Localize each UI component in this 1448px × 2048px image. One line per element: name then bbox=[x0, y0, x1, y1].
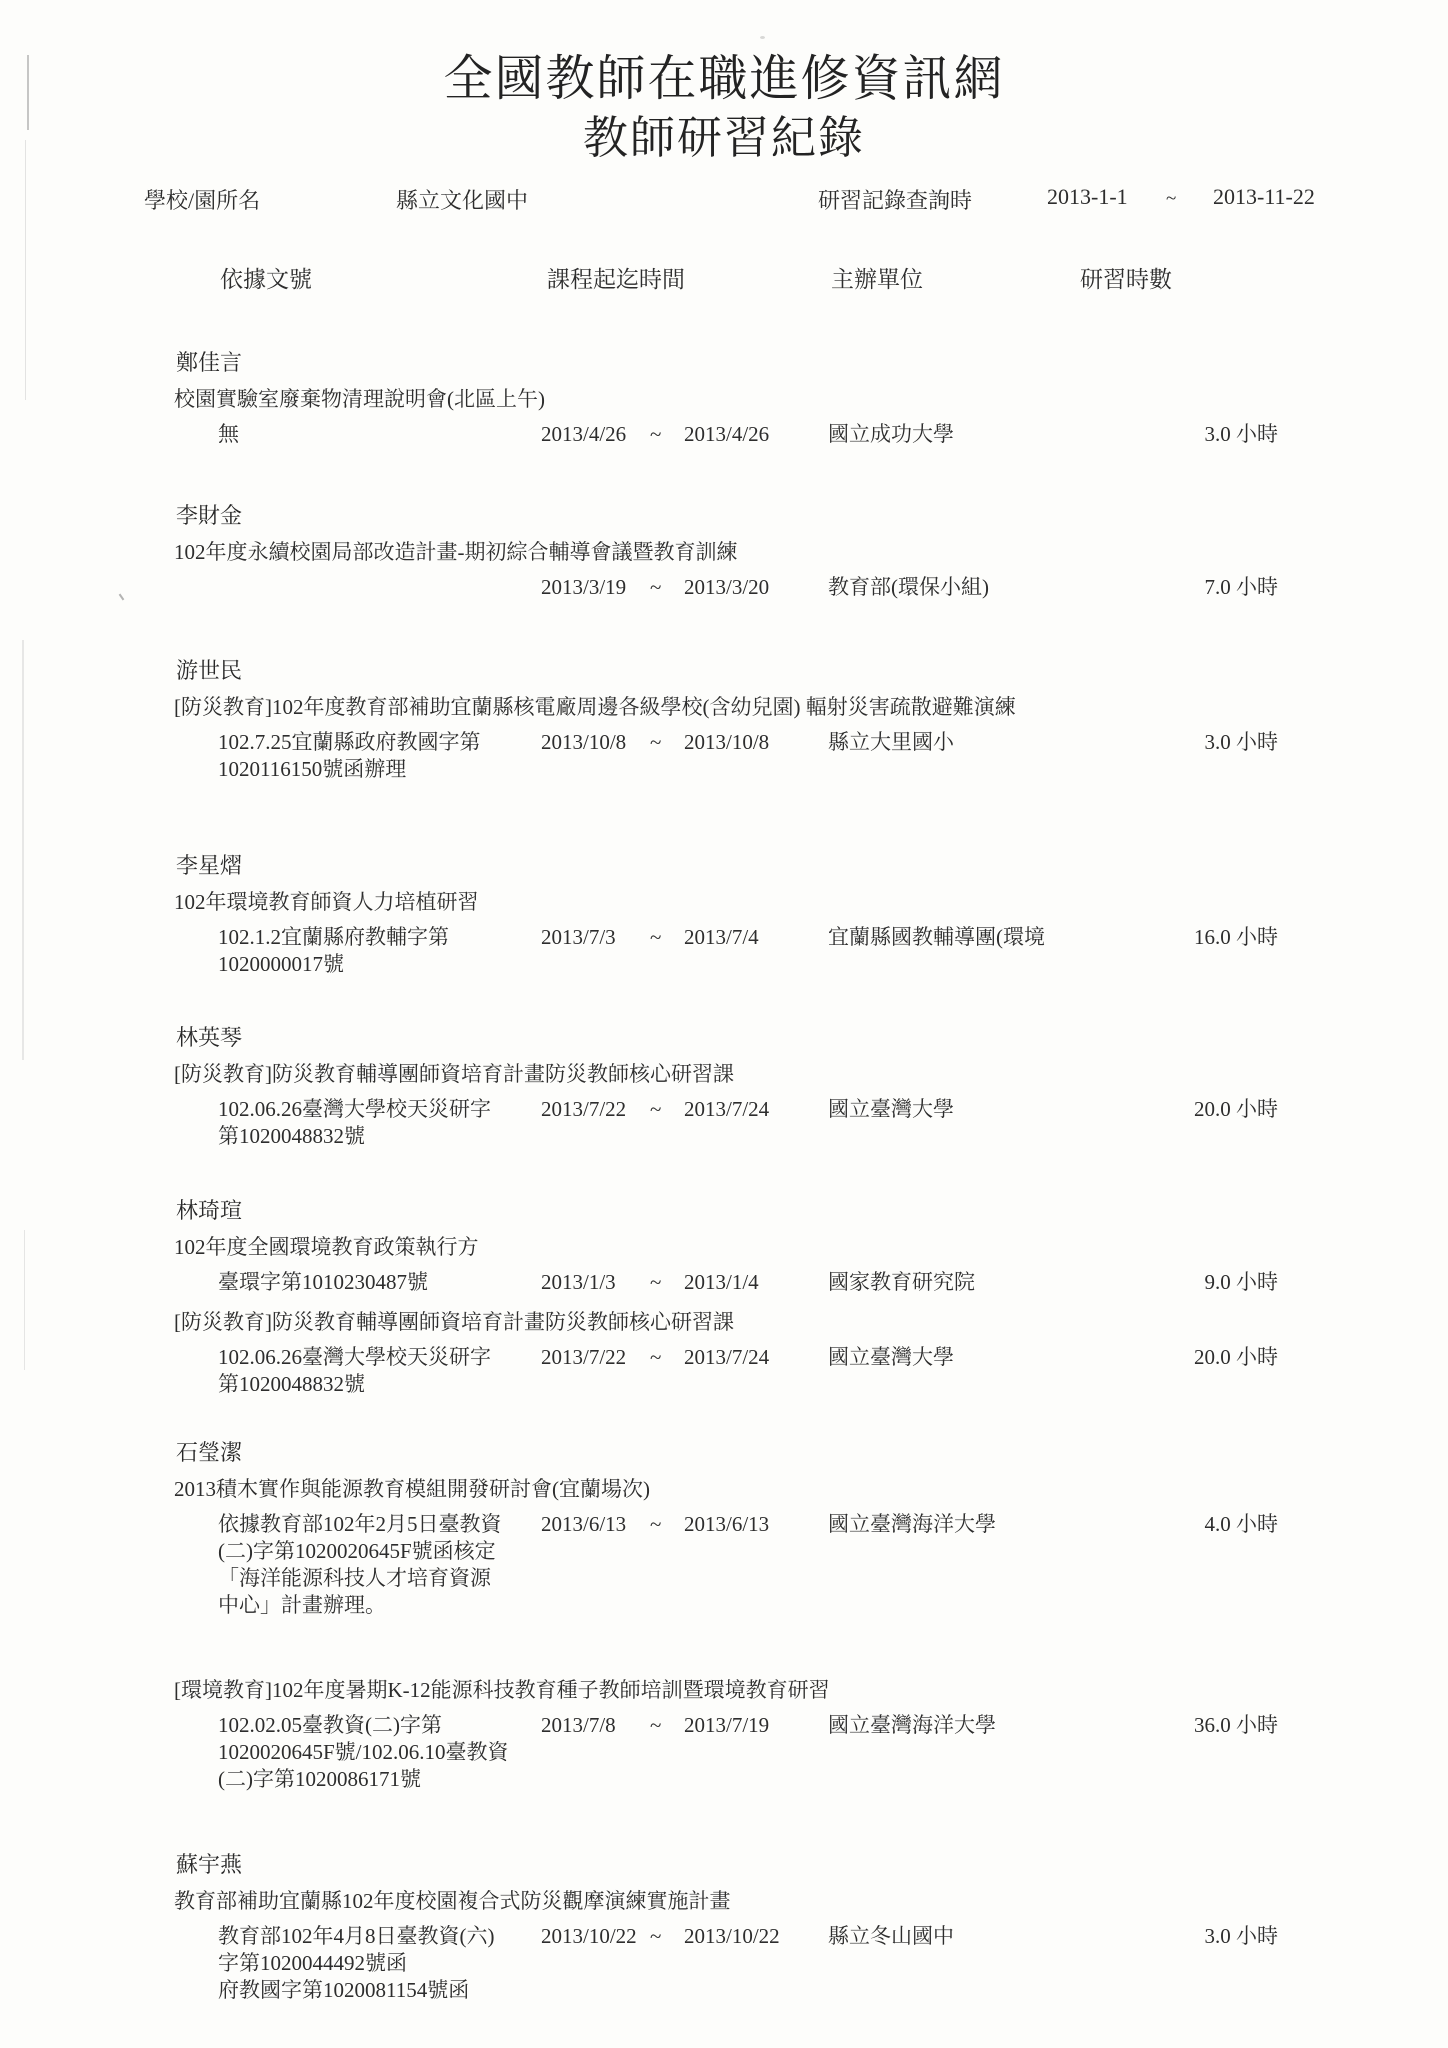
doc-number-line: 1020000017號 bbox=[218, 951, 553, 978]
course-end-date: 2013/4/26 bbox=[684, 421, 769, 448]
teacher-record: 林英琴 [防災教育]防災教育輔導團師資培育計畫防災教師核心研習課 102.06.… bbox=[0, 1025, 1448, 1150]
date-range-tilde: ~ bbox=[650, 1269, 661, 1296]
teacher-record: 蘇宇燕 教育部補助宜蘭縣102年度校園複合式防災觀摩演練實施計畫 教育部102年… bbox=[0, 1852, 1448, 2004]
scan-artifact-dust bbox=[760, 36, 765, 39]
date-range-tilde: ~ bbox=[650, 1712, 661, 1739]
column-header-course-period: 課程起迄時間 bbox=[547, 261, 685, 294]
doc-number-line: 「海洋能源科技人才培育資源 bbox=[218, 1565, 553, 1592]
date-range-tilde: ~ bbox=[650, 421, 661, 448]
course-row: 102.02.05臺教資(二)字第1020020645F號/102.06.10臺… bbox=[0, 1712, 1448, 1793]
doc-number-line: 102.02.05臺教資(二)字第 bbox=[218, 1712, 553, 1739]
date-range-tilde: ~ bbox=[650, 729, 661, 756]
teacher-courses: 教育部補助宜蘭縣102年度校園複合式防災觀摩演練實施計畫 教育部102年4月8日… bbox=[0, 1888, 1448, 2004]
doc-number-line: 臺環字第1010230487號 bbox=[218, 1269, 553, 1296]
course-hours: 3.0 小時 bbox=[1100, 1923, 1278, 1950]
course-entry: 校園實驗室廢棄物清理說明會(北區上午) 無 2013/4/26 ~ 2013/4… bbox=[0, 386, 1448, 448]
doc-number-cell: 102.7.25宜蘭縣政府教國字第1020116150號函辦理 bbox=[218, 729, 553, 783]
course-organizer: 國立臺灣海洋大學 bbox=[828, 1511, 996, 1538]
doc-number-cell: 102.02.05臺教資(二)字第1020020645F號/102.06.10臺… bbox=[218, 1712, 553, 1793]
doc-number-cell: 依據教育部102年2月5日臺教資(二)字第1020020645F號函核定「海洋能… bbox=[218, 1511, 553, 1619]
course-hours: 20.0 小時 bbox=[1100, 1096, 1278, 1123]
query-period-label: 研習記錄查詢時 bbox=[818, 184, 972, 215]
date-range-tilde: ~ bbox=[650, 574, 661, 601]
course-organizer: 縣立冬山國中 bbox=[828, 1923, 954, 1950]
teacher-name: 李星熠 bbox=[176, 853, 1448, 879]
course-end-date: 2013/3/20 bbox=[684, 574, 769, 601]
teacher-name: 林琦瑄 bbox=[176, 1198, 1448, 1224]
teacher-courses: 102年環境教育師資人力培植研習 102.1.2宜蘭縣府教輔字第10200000… bbox=[0, 889, 1448, 978]
course-end-date: 2013/10/22 bbox=[684, 1923, 780, 1950]
date-range-tilde: ~ bbox=[650, 1511, 661, 1538]
course-organizer: 國家教育研究院 bbox=[828, 1269, 975, 1296]
teacher-courses: 102年度全國環境教育政策執行方 臺環字第1010230487號 2013/1/… bbox=[0, 1234, 1448, 1398]
course-row: 102.1.2宜蘭縣府教輔字第1020000017號 2013/7/3 ~ 20… bbox=[0, 924, 1448, 978]
course-organizer: 國立臺灣大學 bbox=[828, 1096, 954, 1123]
teacher-courses: [防災教育]防災教育輔導團師資培育計畫防災教師核心研習課 102.06.26臺灣… bbox=[0, 1061, 1448, 1150]
course-row: 臺環字第1010230487號 2013/1/3 ~ 2013/1/4 國家教育… bbox=[0, 1269, 1448, 1296]
teacher-courses: [防災教育]102年度教育部補助宜蘭縣核電廠周邊各級學校(含幼兒園) 輻射災害疏… bbox=[0, 694, 1448, 783]
course-row: 2013/3/19 ~ 2013/3/20 教育部(環保小組) 7.0 小時 bbox=[0, 574, 1448, 601]
doc-number-line: 依據教育部102年2月5日臺教資 bbox=[218, 1511, 553, 1538]
date-range-tilde: ~ bbox=[650, 1096, 661, 1123]
course-organizer: 宜蘭縣國教輔導團(環境 bbox=[828, 924, 1045, 951]
doc-number-cell: 102.1.2宜蘭縣府教輔字第1020000017號 bbox=[218, 924, 553, 978]
doc-number-line: 102.06.26臺灣大學校天災研字 bbox=[218, 1344, 553, 1371]
scanned-document-page: 全國教師在職進修資訊網 教師研習紀錄 學校/園所名 縣立文化國中 研習記錄查詢時… bbox=[0, 0, 1448, 2048]
course-title: 102年度永續校園局部改造計畫-期初綜合輔導會議暨教育訓練 bbox=[174, 539, 1448, 565]
course-row: 依據教育部102年2月5日臺教資(二)字第1020020645F號函核定「海洋能… bbox=[0, 1511, 1448, 1619]
course-end-date: 2013/7/19 bbox=[684, 1712, 769, 1739]
date-range-tilde: ~ bbox=[650, 1923, 661, 1950]
course-start-date: 2013/1/3 bbox=[541, 1269, 616, 1296]
course-start-date: 2013/3/19 bbox=[541, 574, 626, 601]
course-end-date: 2013/10/8 bbox=[684, 729, 769, 756]
doc-number-cell: 教育部102年4月8日臺教資(六)字第1020044492號函府教國字第1020… bbox=[218, 1923, 553, 2004]
course-start-date: 2013/7/3 bbox=[541, 924, 616, 951]
course-start-date: 2013/10/8 bbox=[541, 729, 626, 756]
column-header-hours: 研習時數 bbox=[1080, 261, 1172, 294]
course-end-date: 2013/7/24 bbox=[684, 1096, 769, 1123]
course-entry: [防災教育]防災教育輔導團師資培育計畫防災教師核心研習課 102.06.26臺灣… bbox=[0, 1309, 1448, 1398]
course-title: [防災教育]102年度教育部補助宜蘭縣核電廠周邊各級學校(含幼兒園) 輻射災害疏… bbox=[174, 694, 1448, 720]
teacher-record: 鄭佳言 校園實驗室廢棄物清理說明會(北區上午) 無 2013/4/26 ~ 20… bbox=[0, 350, 1448, 448]
teacher-record: 石瑩潔 2013積木實作與能源教育模組開發研討會(宜蘭場次) 依據教育部102年… bbox=[0, 1440, 1448, 1793]
course-entry: 102年度全國環境教育政策執行方 臺環字第1010230487號 2013/1/… bbox=[0, 1234, 1448, 1296]
school-name-value: 縣立文化國中 bbox=[396, 184, 528, 215]
doc-number-line: 102.7.25宜蘭縣政府教國字第 bbox=[218, 729, 553, 756]
teacher-name: 游世民 bbox=[176, 658, 1448, 684]
doc-number-cell: 102.06.26臺灣大學校天災研字第1020048832號 bbox=[218, 1344, 553, 1398]
query-range-tilde: ~ bbox=[1166, 188, 1176, 210]
course-title: 校園實驗室廢棄物清理說明會(北區上午) bbox=[174, 386, 1448, 412]
course-title: [防災教育]防災教育輔導團師資培育計畫防災教師核心研習課 bbox=[174, 1061, 1448, 1087]
doc-number-line: 教育部102年4月8日臺教資(六) bbox=[218, 1923, 553, 1950]
page-subtitle: 教師研習紀錄 bbox=[0, 101, 1448, 166]
course-start-date: 2013/7/22 bbox=[541, 1096, 626, 1123]
doc-number-line: 無 bbox=[218, 421, 553, 448]
course-row: 102.06.26臺灣大學校天災研字第1020048832號 2013/7/22… bbox=[0, 1096, 1448, 1150]
teacher-record: 李財金 102年度永續校園局部改造計畫-期初綜合輔導會議暨教育訓練 2013/3… bbox=[0, 503, 1448, 601]
doc-number-line: (二)字第1020086171號 bbox=[218, 1766, 553, 1793]
column-header-organizer: 主辦單位 bbox=[831, 261, 923, 294]
date-range-tilde: ~ bbox=[650, 924, 661, 951]
course-end-date: 2013/7/4 bbox=[684, 924, 759, 951]
doc-number-cell: 102.06.26臺灣大學校天災研字第1020048832號 bbox=[218, 1096, 553, 1150]
course-end-date: 2013/6/13 bbox=[684, 1511, 769, 1538]
course-title: 102年環境教育師資人力培植研習 bbox=[174, 889, 1448, 915]
course-row: 102.7.25宜蘭縣政府教國字第1020116150號函辦理 2013/10/… bbox=[0, 729, 1448, 783]
course-organizer: 國立成功大學 bbox=[828, 421, 954, 448]
course-title: 教育部補助宜蘭縣102年度校園複合式防災觀摩演練實施計畫 bbox=[174, 1888, 1448, 1914]
course-row: 無 2013/4/26 ~ 2013/4/26 國立成功大學 3.0 小時 bbox=[0, 421, 1448, 448]
page-title: 全國教師在職進修資訊網 bbox=[0, 40, 1448, 110]
course-organizer: 縣立大里國小 bbox=[828, 729, 954, 756]
doc-number-line: 第1020048832號 bbox=[218, 1371, 553, 1398]
doc-number-cell: 臺環字第1010230487號 bbox=[218, 1269, 553, 1296]
course-entry: [環境教育]102年度暑期K-12能源科技教育種子教師培訓暨環境教育研習 102… bbox=[0, 1677, 1448, 1793]
course-end-date: 2013/1/4 bbox=[684, 1269, 759, 1296]
course-end-date: 2013/7/24 bbox=[684, 1344, 769, 1371]
teacher-name: 林英琴 bbox=[176, 1025, 1448, 1051]
course-hours: 3.0 小時 bbox=[1100, 729, 1278, 756]
school-name-label: 學校/園所名 bbox=[144, 184, 260, 215]
teacher-name: 鄭佳言 bbox=[176, 350, 1448, 376]
column-header-doc-number: 依據文號 bbox=[220, 261, 312, 294]
course-organizer: 國立臺灣大學 bbox=[828, 1344, 954, 1371]
course-start-date: 2013/4/26 bbox=[541, 421, 626, 448]
course-entry: 102年環境教育師資人力培植研習 102.1.2宜蘭縣府教輔字第10200000… bbox=[0, 889, 1448, 978]
course-hours: 3.0 小時 bbox=[1100, 421, 1278, 448]
course-organizer: 教育部(環保小組) bbox=[828, 574, 989, 601]
course-row: 102.06.26臺灣大學校天災研字第1020048832號 2013/7/22… bbox=[0, 1344, 1448, 1398]
course-title: 102年度全國環境教育政策執行方 bbox=[174, 1234, 1448, 1260]
course-entry: 教育部補助宜蘭縣102年度校園複合式防災觀摩演練實施計畫 教育部102年4月8日… bbox=[0, 1888, 1448, 2004]
course-entry: [防災教育]102年度教育部補助宜蘭縣核電廠周邊各級學校(含幼兒園) 輻射災害疏… bbox=[0, 694, 1448, 783]
doc-number-line: 1020020645F號/102.06.10臺教資 bbox=[218, 1739, 553, 1766]
course-hours: 16.0 小時 bbox=[1100, 924, 1278, 951]
course-start-date: 2013/7/22 bbox=[541, 1344, 626, 1371]
course-hours: 9.0 小時 bbox=[1100, 1269, 1278, 1296]
course-start-date: 2013/6/13 bbox=[541, 1511, 626, 1538]
doc-number-line: 102.1.2宜蘭縣府教輔字第 bbox=[218, 924, 553, 951]
course-entry: 2013積木實作與能源教育模組開發研討會(宜蘭場次) 依據教育部102年2月5日… bbox=[0, 1476, 1448, 1619]
course-title: 2013積木實作與能源教育模組開發研討會(宜蘭場次) bbox=[174, 1476, 1448, 1502]
teacher-record: 游世民 [防災教育]102年度教育部補助宜蘭縣核電廠周邊各級學校(含幼兒園) 輻… bbox=[0, 658, 1448, 783]
doc-number-line: 字第1020044492號函 bbox=[218, 1950, 553, 1977]
course-start-date: 2013/10/22 bbox=[541, 1923, 637, 1950]
date-range-tilde: ~ bbox=[650, 1344, 661, 1371]
doc-number-cell: 無 bbox=[218, 421, 553, 448]
doc-number-line: 中心」計畫辦理。 bbox=[218, 1592, 553, 1619]
doc-number-line: 102.06.26臺灣大學校天災研字 bbox=[218, 1096, 553, 1123]
teacher-record: 林琦瑄 102年度全國環境教育政策執行方 臺環字第1010230487號 201… bbox=[0, 1198, 1448, 1398]
doc-number-line: 府教國字第1020081154號函 bbox=[218, 1977, 553, 2004]
query-start-date: 2013-1-1 bbox=[1047, 184, 1128, 210]
doc-number-line: 第1020048832號 bbox=[218, 1123, 553, 1150]
query-end-date: 2013-11-22 bbox=[1213, 184, 1315, 210]
course-entry: 102年度永續校園局部改造計畫-期初綜合輔導會議暨教育訓練 2013/3/19 … bbox=[0, 539, 1448, 601]
teacher-courses: 2013積木實作與能源教育模組開發研討會(宜蘭場次) 依據教育部102年2月5日… bbox=[0, 1476, 1448, 1793]
teacher-courses: 102年度永續校園局部改造計畫-期初綜合輔導會議暨教育訓練 2013/3/19 … bbox=[0, 539, 1448, 601]
doc-number-line: (二)字第1020020645F號函核定 bbox=[218, 1538, 553, 1565]
course-row: 教育部102年4月8日臺教資(六)字第1020044492號函府教國字第1020… bbox=[0, 1923, 1448, 2004]
teacher-name: 蘇宇燕 bbox=[176, 1852, 1448, 1878]
course-hours: 7.0 小時 bbox=[1100, 574, 1278, 601]
course-title: [防災教育]防災教育輔導團師資培育計畫防災教師核心研習課 bbox=[174, 1309, 1448, 1335]
course-organizer: 國立臺灣海洋大學 bbox=[828, 1712, 996, 1739]
course-title: [環境教育]102年度暑期K-12能源科技教育種子教師培訓暨環境教育研習 bbox=[174, 1677, 1448, 1703]
teacher-name: 李財金 bbox=[176, 503, 1448, 529]
course-hours: 20.0 小時 bbox=[1100, 1344, 1278, 1371]
column-header-row: 依據文號 課程起迄時間 主辦單位 研習時數 bbox=[0, 261, 1448, 291]
teacher-record: 李星熠 102年環境教育師資人力培植研習 102.1.2宜蘭縣府教輔字第1020… bbox=[0, 853, 1448, 978]
teacher-name: 石瑩潔 bbox=[176, 1440, 1448, 1466]
course-hours: 36.0 小時 bbox=[1100, 1712, 1278, 1739]
course-start-date: 2013/7/8 bbox=[541, 1712, 616, 1739]
teacher-courses: 校園實驗室廢棄物清理說明會(北區上午) 無 2013/4/26 ~ 2013/4… bbox=[0, 386, 1448, 448]
meta-row: 學校/園所名 縣立文化國中 研習記錄查詢時 2013-1-1 ~ 2013-11… bbox=[0, 184, 1448, 214]
doc-number-line: 1020116150號函辦理 bbox=[218, 756, 553, 783]
course-entry: [防災教育]防災教育輔導團師資培育計畫防災教師核心研習課 102.06.26臺灣… bbox=[0, 1061, 1448, 1150]
course-hours: 4.0 小時 bbox=[1100, 1511, 1278, 1538]
